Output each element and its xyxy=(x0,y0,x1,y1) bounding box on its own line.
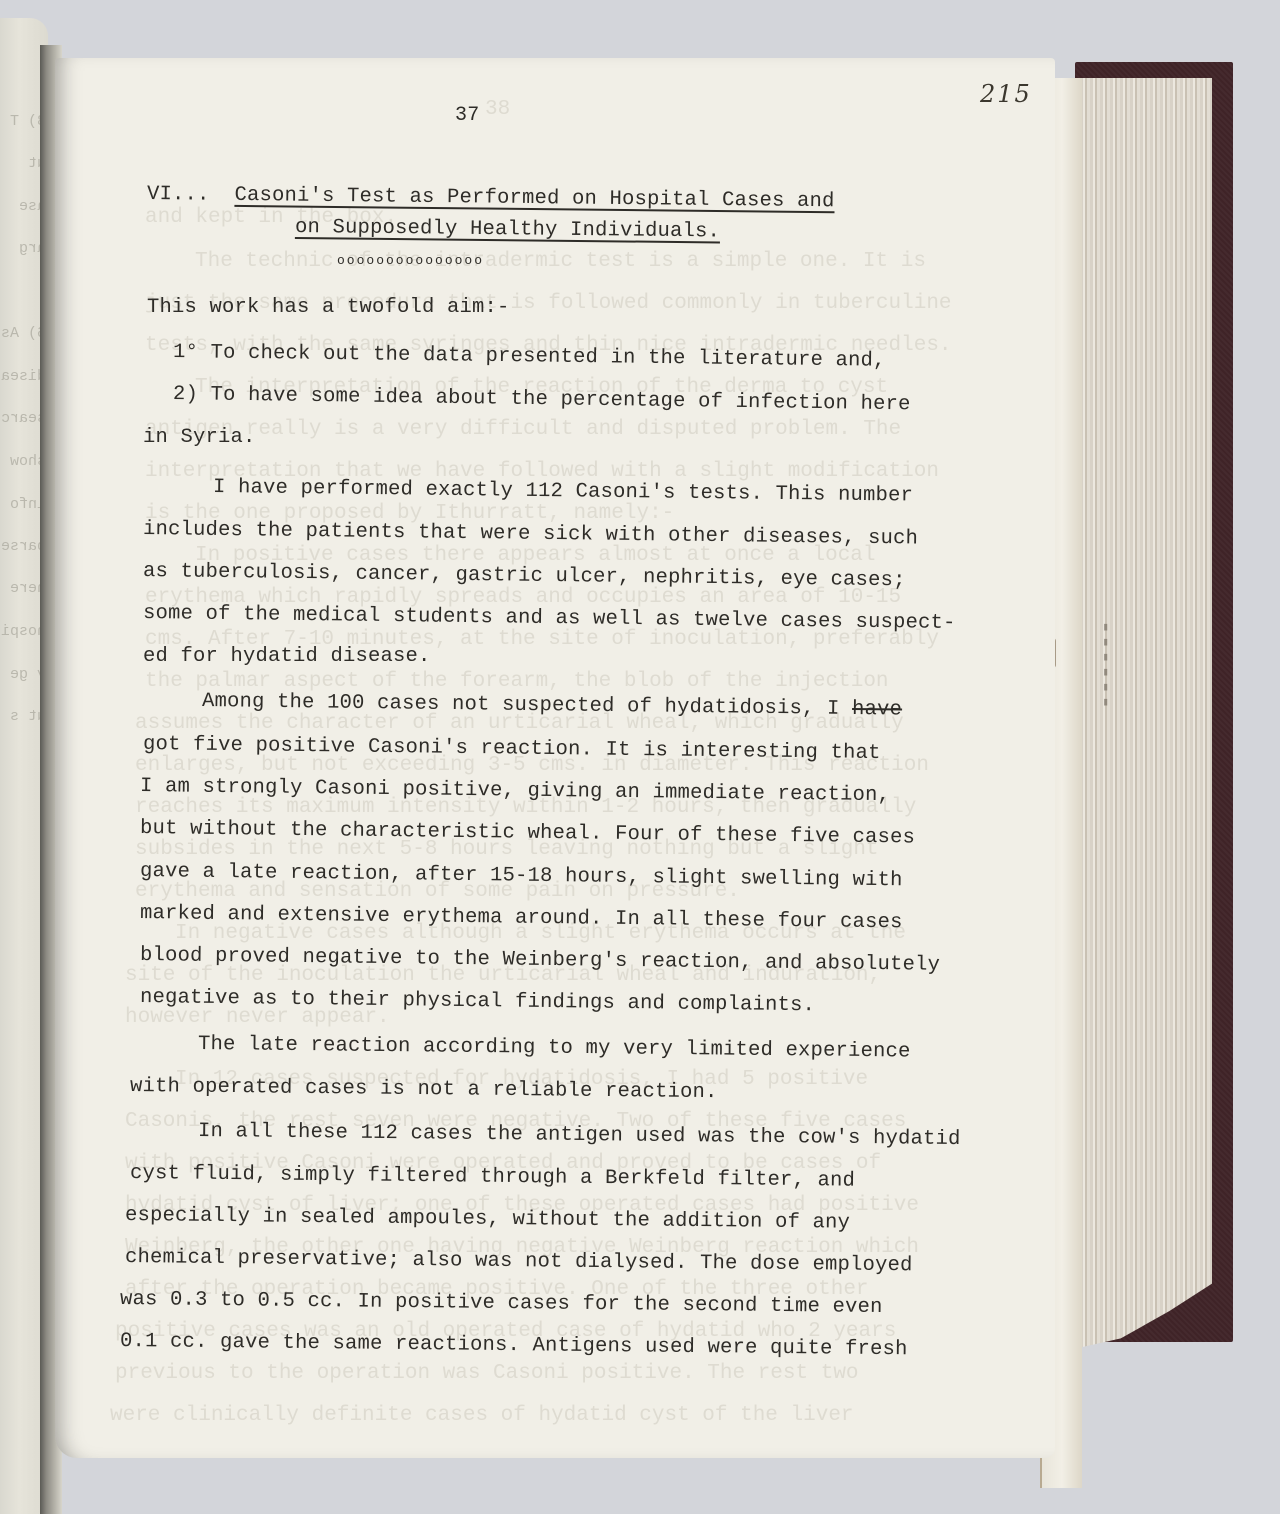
body-line: got five positive Casoni's reaction. It … xyxy=(143,733,881,765)
bleed-line: The technic of the intradermic test is a… xyxy=(195,250,926,273)
body-line: in Syria. xyxy=(143,426,256,449)
edge-stamp: ▮▮▮▮▮▮ xyxy=(1098,620,1111,710)
body-line: negative as to their physical findings a… xyxy=(140,986,815,1017)
body-line: gave a late reaction, after 15-18 hours,… xyxy=(140,860,903,892)
bleed-line: antigen really is a very difficult and d… xyxy=(145,418,901,441)
body-line: This work has a twofold aim:- xyxy=(147,296,510,319)
section-heading: VI... Casoni's Test as Performed on Hosp… xyxy=(147,183,835,213)
body-line: as tuberculosis, cancer, gastric ulcer, … xyxy=(143,560,906,592)
body-line: marked and extensive erythema around. In… xyxy=(140,902,903,934)
aim-item-2: 2) To have some idea about the percentag… xyxy=(173,383,911,416)
aim-item-1: 1° To check out the data presented in th… xyxy=(173,341,886,373)
section-title-line-2-wrap: on Supposedly Healthy Individuals. xyxy=(295,216,720,243)
handwritten-folio-number: 215 xyxy=(980,80,1032,108)
bleed-line: the palmar aspect of the forearm, the bl… xyxy=(145,670,889,693)
body-line: cyst fluid, simply filtered through a Be… xyxy=(130,1162,855,1193)
struck-word: have xyxy=(852,698,902,722)
body-line: chemical preservative; also was not dial… xyxy=(125,1246,913,1277)
body-line: especially in sealed ampoules, without t… xyxy=(125,1204,850,1235)
body-line: includes the patients that were sick wit… xyxy=(143,518,918,550)
body-line: ed for hydatid disease. xyxy=(143,645,431,668)
body-line-text: Among the 100 cases not suspected of hyd… xyxy=(202,690,852,721)
body-line: I am strongly Casoni positive, giving an… xyxy=(140,775,890,807)
bleed-line: previous to the operation was Casoni pos… xyxy=(115,1362,859,1385)
body-line: was 0.3 to 0.5 cc. In positive cases for… xyxy=(120,1288,883,1319)
body-line: Among the 100 cases not suspected of hyd… xyxy=(202,690,902,722)
body-line: some of the medical students and as well… xyxy=(143,602,956,635)
section-title-line-2: on Supposedly Healthy Individuals. xyxy=(295,216,720,243)
ornament-divider: ooooooooooooooo xyxy=(337,253,484,268)
bleed-page-number: 38 xyxy=(485,98,510,121)
body-line: The late reaction according to my very l… xyxy=(198,1033,911,1063)
body-line: with operated cases is not a reliable re… xyxy=(130,1075,718,1104)
body-line: I have performed exactly 112 Casoni's te… xyxy=(213,476,913,508)
body-line: 0.1 cc. gave the same reactions. Antigen… xyxy=(120,1330,908,1361)
document-page: 38 and kept in the box. The technic of t… xyxy=(55,58,1055,1458)
section-number: VI... xyxy=(147,183,210,207)
bleed-line: were clinically definite cases of hydati… xyxy=(110,1404,854,1427)
section-title-line-1: Casoni's Test as Performed on Hospital C… xyxy=(234,184,834,213)
body-line: but without the characteristic wheal. Fo… xyxy=(140,817,915,849)
page-block-edges xyxy=(1060,78,1212,1448)
page-number: 37 xyxy=(455,104,479,127)
body-line: blood proved negative to the Weinberg's … xyxy=(140,944,940,977)
body-line: In all these 112 cases the antigen used … xyxy=(198,1120,961,1151)
